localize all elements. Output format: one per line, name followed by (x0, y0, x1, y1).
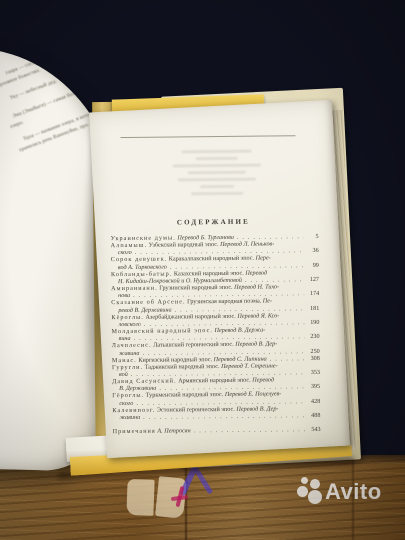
page-number: 181 (306, 305, 319, 312)
toc-entry: Алпамыш. Узбекский народный эпос. Перево… (111, 240, 319, 256)
show-through-text (142, 149, 293, 217)
page-number: 99 (306, 262, 319, 269)
toc-entry: Калевипоэг. Эстонский героический эпос. … (112, 405, 320, 421)
page-number: 543 (308, 426, 321, 433)
avito-watermark: Avito (296, 476, 396, 512)
page-number: 353 (307, 369, 320, 376)
page-number: 488 (307, 412, 320, 419)
dot-leader: . . . . . . . . . . . . . . . . . . . . … (143, 412, 305, 421)
book-photo: Avito Таара — согласно народному предани… (0, 0, 405, 540)
page-number: 190 (306, 319, 319, 326)
stamp-left-page (126, 479, 154, 516)
contents-page: СОДЕРЖАНИЕ Украинские думы. Перевод Б. Т… (89, 100, 350, 458)
toc-entry: Молдавский народный эпос. Перевод В. Дер… (112, 326, 320, 342)
toc-list: Украинские думы. Перевод Б. Турганова. .… (111, 233, 321, 435)
page-number: 395 (307, 383, 320, 390)
toc-entry: Гёроглы. Туркменский народный эпос. Пере… (112, 390, 320, 406)
toc-entry: Кёроглы. Азербайджанский народный эпос. … (111, 312, 319, 328)
toc-entry: Примечания А. Петросян. . . . . . . . . … (113, 426, 321, 435)
page-number: 174 (306, 290, 319, 297)
page-title: СОДЕРЖАНИЕ (110, 217, 316, 227)
toc-entry-line: Примечания А. Петросян. . . . . . . . . … (113, 426, 321, 435)
dot-leader: . . . . . . . . . . . . . . . . . . . . … (270, 355, 305, 363)
page-number: 428 (307, 398, 320, 405)
toc-entry: Сказание об Арсене. Грузинская народная … (111, 297, 319, 313)
toc-entry-line: жавина. . . . . . . . . . . . . . . . . … (112, 412, 320, 421)
toc-entry: Амираниани. Грузинский народный эпос. Пе… (111, 283, 319, 299)
page-number: 36 (306, 247, 319, 254)
toc-entry: Сорок девушек. Каракалпакский народный э… (111, 254, 319, 270)
page-number: 308 (307, 355, 320, 362)
toc-entry: Давид Сасунский. Армянский народный эпос… (112, 376, 320, 392)
dot-leader: . . . . . . . . . . . . . . . . . . . . … (194, 426, 306, 434)
page-number: 5 (306, 233, 319, 240)
toc-entry: Кобланды-батыр. Казахский народный эпос.… (111, 269, 319, 285)
page-number: 127 (306, 276, 319, 283)
page-number: 230 (307, 333, 320, 340)
header-rule (121, 135, 296, 138)
toc-entry: Гуругли. Таджикский народный эпос. Перев… (112, 362, 320, 378)
avito-wordmark: Avito (325, 479, 382, 505)
